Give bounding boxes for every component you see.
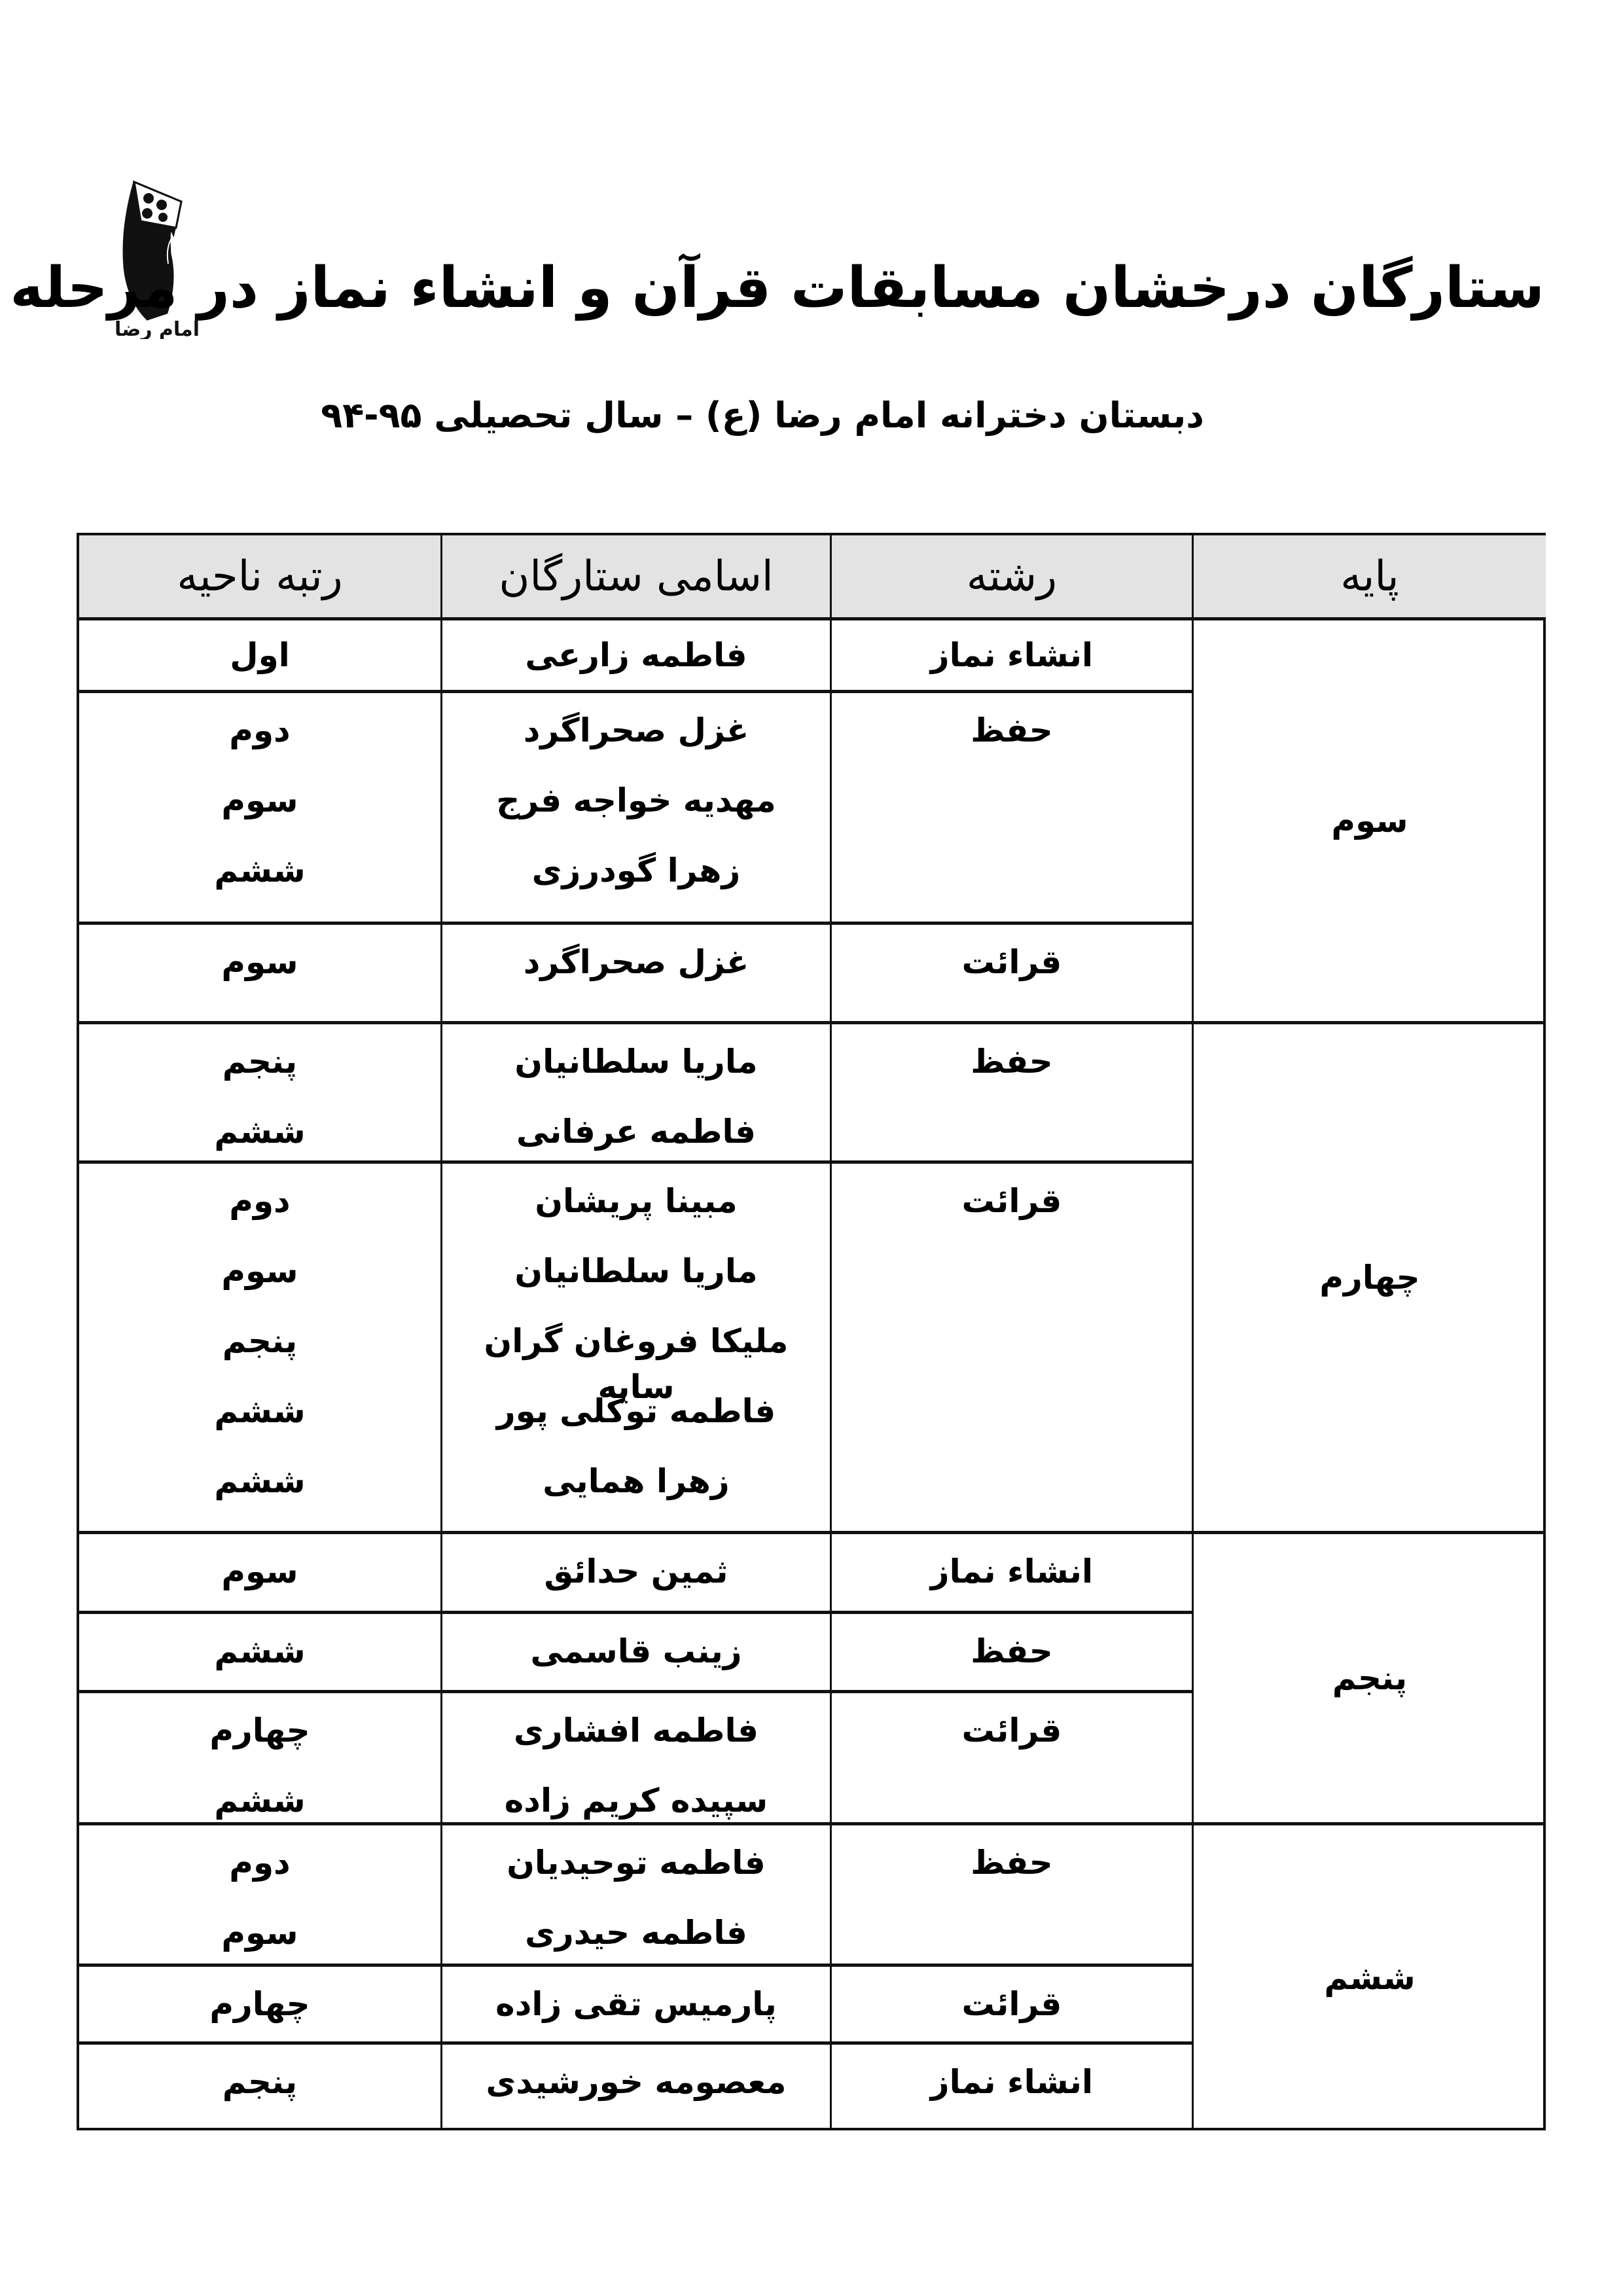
field-cell: حفظ xyxy=(830,1825,1192,1967)
student-name: زهرا همایی xyxy=(442,1458,830,1528)
column-header-field: رشته xyxy=(830,535,1192,620)
page-title: ستارگان درخشان مسابقات قرآن و انشاء نماز… xyxy=(249,236,1544,340)
names-cell: مبینا پریشان ماریا سلطانیان ملیکا فروغان… xyxy=(440,1164,830,1534)
rank-value: پنجم xyxy=(79,1318,440,1388)
student-name: زینب قاسمی xyxy=(442,1628,830,1698)
rank-value: سوم xyxy=(79,1549,440,1619)
student-name: ثمین حدائق xyxy=(442,1549,830,1619)
rank-value: سوم xyxy=(79,939,440,1009)
student-name: ماریا سلطانیان xyxy=(442,1039,830,1109)
rank-value: سوم xyxy=(79,778,440,848)
student-name: فاطمه زارعی xyxy=(442,632,830,702)
rank-cell: دوم سوم xyxy=(79,1825,440,1967)
rank-value: پنجم xyxy=(79,1039,440,1109)
field-label: حفظ xyxy=(832,1628,1192,1698)
rank-value: دوم xyxy=(79,1840,440,1910)
field-label: انشاء نماز xyxy=(832,2059,1192,2129)
rank-value: ششم xyxy=(79,848,440,918)
student-name: ملیکا فروغان گران سایه xyxy=(442,1318,830,1388)
rank-value: دوم xyxy=(79,1178,440,1248)
grade-cell: ششم xyxy=(1192,1825,1546,2130)
field-cell: انشاء نماز xyxy=(830,1534,1192,1614)
column-header-grade: پایه xyxy=(1192,535,1546,620)
field-label: حفظ xyxy=(832,708,1192,778)
names-cell: غزل صحراگرد مهدیه خواجه فرج زهرا گودرزی xyxy=(440,693,830,925)
grade-cell: سوم xyxy=(1192,620,1546,1024)
names-cell: فاطمه زارعی xyxy=(440,620,830,693)
names-cell: فاطمه توحیدیان فاطمه حیدری xyxy=(440,1825,830,1967)
rank-cell: اول xyxy=(79,620,440,693)
student-name: غزل صحراگرد xyxy=(442,939,830,1009)
rank-cell: ششم xyxy=(79,1614,440,1693)
results-table: پایه رشته اسامی ستارگان رتبه ناحیه سوم ا… xyxy=(77,533,1546,2130)
field-cell: قرائت xyxy=(830,1693,1192,1825)
rank-value: ششم xyxy=(79,1458,440,1528)
rank-cell: چهارم ششم xyxy=(79,1693,440,1825)
field-cell: قرائت xyxy=(830,1164,1192,1534)
field-label: حفظ xyxy=(832,1840,1192,1910)
names-cell: معصومه خورشیدی xyxy=(440,2045,830,2130)
student-name: فاطمه افشاری xyxy=(442,1708,830,1778)
rank-value: دوم xyxy=(79,708,440,778)
student-name: پارمیس تقی زاده xyxy=(442,1981,830,2051)
rank-cell: پنجم ششم xyxy=(79,1024,440,1164)
rank-value: ششم xyxy=(79,1628,440,1698)
page-subtitle: دبستان دخترانه امام رضا (ع) – سال تحصیلی… xyxy=(419,386,1204,445)
student-name: مبینا پریشان xyxy=(442,1178,830,1248)
field-label: قرائت xyxy=(832,939,1192,1009)
field-cell: قرائت xyxy=(830,1967,1192,2045)
rank-cell: دوم سوم پنجم ششم ششم xyxy=(79,1164,440,1534)
student-name: زهرا گودرزی xyxy=(442,848,830,918)
field-label: قرائت xyxy=(832,1981,1192,2051)
field-cell: حفظ xyxy=(830,1614,1192,1693)
rank-value: چهارم xyxy=(79,1708,440,1778)
names-cell: فاطمه افشاری سپیده کریم زاده xyxy=(440,1693,830,1825)
student-name: فاطمه توکلی پور xyxy=(442,1388,830,1458)
rank-value: چهارم xyxy=(79,1981,440,2051)
field-label: حفظ xyxy=(832,1039,1192,1109)
field-cell: حفظ xyxy=(830,693,1192,925)
field-label: قرائت xyxy=(832,1708,1192,1778)
field-cell: قرائت xyxy=(830,925,1192,1024)
grade-cell: پنجم xyxy=(1192,1534,1546,1825)
field-label: انشاء نماز xyxy=(832,1549,1192,1619)
rank-value: پنجم xyxy=(79,2059,440,2129)
student-name: ماریا سلطانیان xyxy=(442,1248,830,1318)
rank-cell: سوم xyxy=(79,925,440,1024)
student-name: معصومه خورشیدی xyxy=(442,2059,830,2129)
column-header-rank: رتبه ناحیه xyxy=(79,535,440,620)
student-name: مهدیه خواجه فرج xyxy=(442,778,830,848)
names-cell: پارمیس تقی زاده xyxy=(440,1967,830,2045)
field-cell: انشاء نماز xyxy=(830,2045,1192,2130)
grade-cell: چهارم xyxy=(1192,1024,1546,1534)
rank-cell: سوم xyxy=(79,1534,440,1614)
rank-cell: دوم سوم ششم xyxy=(79,693,440,925)
field-label: انشاء نماز xyxy=(832,632,1192,702)
student-name: فاطمه توحیدیان xyxy=(442,1840,830,1910)
names-cell: زینب قاسمی xyxy=(440,1614,830,1693)
names-cell: ماریا سلطانیان فاطمه عرفانی xyxy=(440,1024,830,1164)
names-cell: ثمین حدائق xyxy=(440,1534,830,1614)
names-cell: غزل صحراگرد xyxy=(440,925,830,1024)
rank-value: ششم xyxy=(79,1388,440,1458)
rank-cell: چهارم xyxy=(79,1967,440,2045)
field-label: قرائت xyxy=(832,1178,1192,1248)
rank-value: اول xyxy=(79,632,440,702)
field-cell: انشاء نماز xyxy=(830,620,1192,693)
rank-value: سوم xyxy=(79,1248,440,1318)
column-header-names: اسامی ستارگان xyxy=(440,535,830,620)
field-cell: حفظ xyxy=(830,1024,1192,1164)
rank-cell: پنجم xyxy=(79,2045,440,2130)
student-name: غزل صحراگرد xyxy=(442,708,830,778)
